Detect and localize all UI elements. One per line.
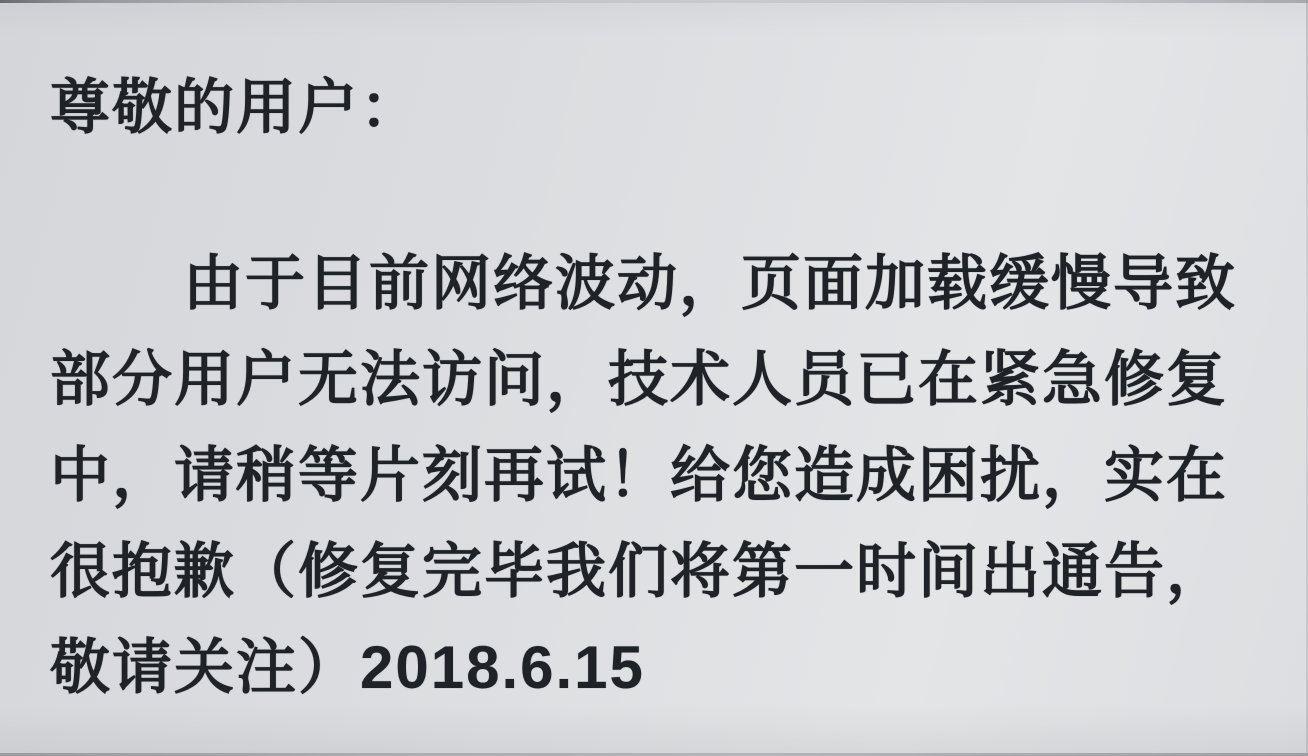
notice-line: 由于目前网络波动，页面加载缓慢导致 — [50, 236, 1252, 332]
notice-paragraph: 由于目前网络波动，页面加载缓慢导致 部分用户无法访问，技术人员已在紧急修复 中，… — [50, 236, 1252, 716]
notice-line: 中，请稍等片刻再试！给您造成困扰，实在 — [50, 428, 1252, 524]
notice-line: 很抱歉（修复完毕我们将第一时间出通告， — [50, 524, 1252, 620]
notice-body: 尊敬的用户： 由于目前网络波动，页面加载缓慢导致 部分用户无法访问，技术人员已在… — [0, 0, 1308, 716]
notice-line: 部分用户无法访问，技术人员已在紧急修复 — [50, 332, 1252, 428]
notice-photo: 尊敬的用户： 由于目前网络波动，页面加载缓慢导致 部分用户无法访问，技术人员已在… — [0, 0, 1308, 756]
notice-salutation: 尊敬的用户： — [50, 60, 1252, 156]
notice-line-with-date: 敬请关注）2018.6.15 — [50, 620, 1252, 716]
